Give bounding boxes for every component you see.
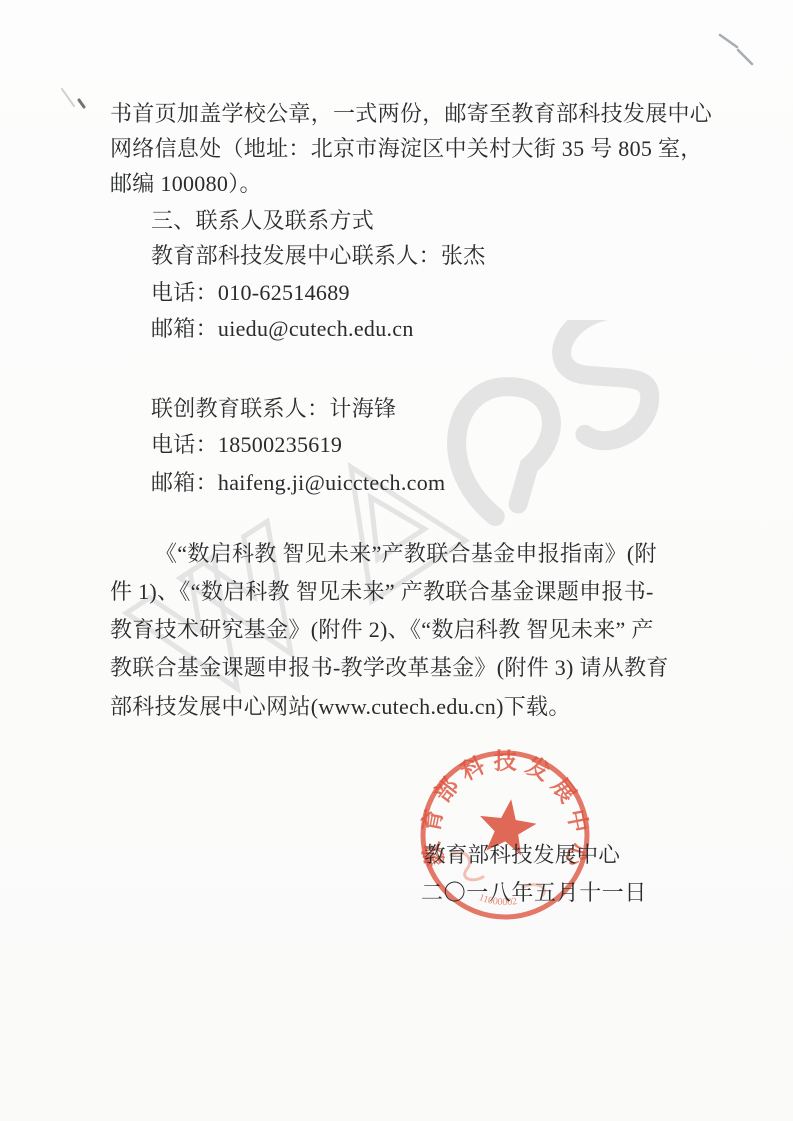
uicc-contact-email: 邮箱：haifeng.ji@uicctech.com bbox=[151, 466, 445, 497]
signature-organization: 教育部科技发展中心 bbox=[424, 838, 620, 869]
moe-contact-phone: 电话：010-62514689 bbox=[151, 276, 350, 307]
scanned-document-page: 书首页加盖学校公章，一式两份，邮寄至教育部科技发展中心 网络信息处（地址：北京市… bbox=[0, 0, 793, 1121]
attachment-line: 教育技术研究基金》(附件 2)、《“数启科教 智见未来” 产 bbox=[110, 613, 654, 644]
watermark-letter-p bbox=[430, 367, 583, 521]
attachment-line: 《“数启科教 智见未来”产教联合基金申报指南》(附 bbox=[155, 537, 657, 568]
scan-artifact bbox=[58, 86, 88, 116]
uicc-contact-phone: 电话：18500235619 bbox=[151, 428, 342, 459]
moe-contact-name: 教育部科技发展中心联系人：张杰 bbox=[151, 239, 486, 270]
uicc-contact-name: 联创教育联系人：计海锋 bbox=[151, 392, 396, 423]
attachment-line: 件 1)、《“数启科教 智见未来” 产教联合基金课题申报书- bbox=[110, 575, 654, 606]
section-heading: 三、联系人及联系方式 bbox=[151, 204, 374, 235]
intro-line: 书首页加盖学校公章，一式两份，邮寄至教育部科技发展中心 bbox=[110, 97, 712, 128]
intro-line: 邮编 100080）。 bbox=[110, 167, 262, 198]
attachment-line: 教联合基金课题申报书-教学改革基金》(附件 3) 请从教育 bbox=[110, 651, 669, 682]
intro-line: 网络信息处（地址：北京市海淀区中关村大街 35 号 805 室， bbox=[110, 132, 703, 163]
attachment-line: 部科技发展中心网站(www.cutech.edu.cn)下载。 bbox=[110, 690, 571, 721]
signature-date: 二〇一八年五月十一日 bbox=[421, 876, 647, 907]
moe-contact-email: 邮箱：uiedu@cutech.edu.cn bbox=[151, 312, 414, 343]
pen-mark bbox=[700, 25, 770, 80]
